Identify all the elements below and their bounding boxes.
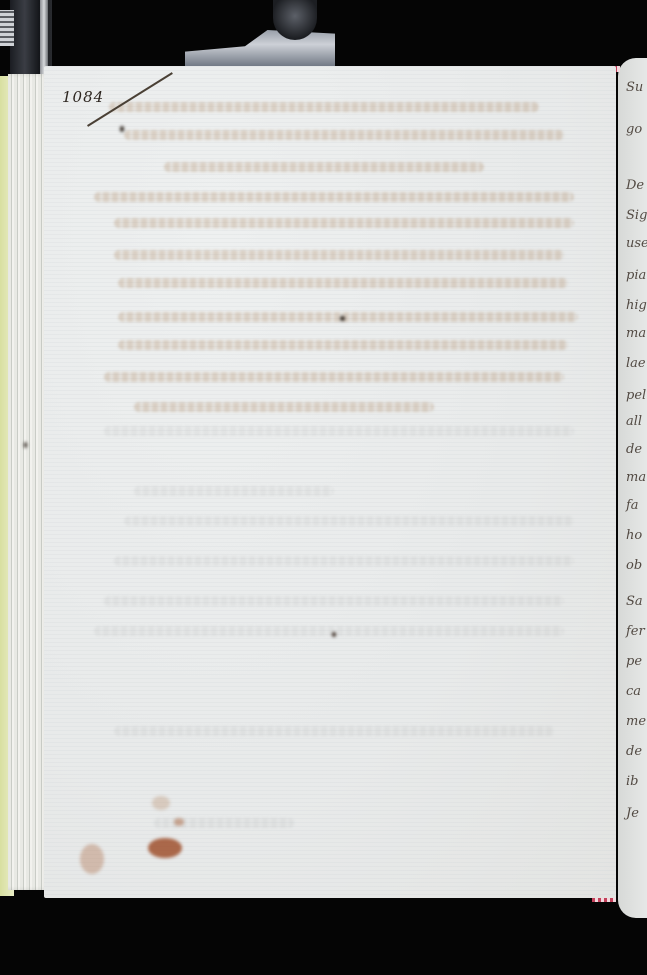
facing-word: pe [626,654,642,669]
bleed-through-line [114,218,574,228]
ink-speck [24,442,27,448]
clamp-plate [40,0,48,74]
facing-page-edge: Su go De Sig use pia hig ma lae pel all … [618,58,647,918]
facing-word: Su [626,80,643,95]
facing-word: de [626,442,642,457]
bleed-through-faint [94,626,564,636]
bleed-through-line [124,130,564,140]
facing-word: Sa [626,594,643,609]
facing-word: ca [626,684,641,699]
bleed-through-line [94,192,574,202]
bleed-through-line [164,162,484,172]
bleed-through-faint [114,556,574,566]
facing-word: de [626,744,642,759]
manuscript-page [44,66,616,898]
ink-speck [340,316,345,321]
facing-word: ib [626,774,638,789]
ink-speck [332,632,336,637]
facing-word: me [626,714,646,729]
facing-word: fer [626,624,645,639]
facing-word: ob [626,558,642,573]
facing-word: pel [626,388,646,403]
folio-number: 1084 [62,88,104,106]
left-book-clamp [10,0,52,76]
foxing-stain [80,844,104,874]
top-book-weight [185,0,335,68]
ink-speck [120,126,124,132]
bleed-through-faint [104,426,574,436]
bleed-through-line [134,402,434,412]
bleed-through-line [104,372,564,382]
facing-word: use [626,236,647,251]
facing-word: hig [626,298,647,313]
color-calibration-strip [0,10,14,46]
facing-word: ma [626,470,646,485]
facing-word: pia [626,268,646,283]
bleed-through-line [118,340,568,350]
facing-word: lae [626,356,646,371]
foxing-stain [174,818,184,826]
page-stack-edge [8,74,48,890]
bleed-through-line [109,102,539,112]
facing-word: Sig [626,208,647,223]
bleed-through-faint [114,726,554,736]
facing-word: Je [626,806,639,821]
bleed-through-line [118,278,568,288]
bleed-through-line [114,250,564,260]
bleed-through-faint [104,596,564,606]
foxing-stain [152,796,170,810]
bleed-through-faint [134,486,334,496]
facing-word: ho [626,528,642,543]
bleed-through-line [118,312,578,322]
facing-word: ma [626,326,646,341]
bleed-through-faint [124,516,574,526]
rust-stain [148,838,182,858]
facing-word: go [626,122,642,137]
facing-word: all [626,414,642,429]
facing-word: De [626,178,644,193]
weight-base [185,30,335,66]
facing-word: fa [626,498,639,513]
